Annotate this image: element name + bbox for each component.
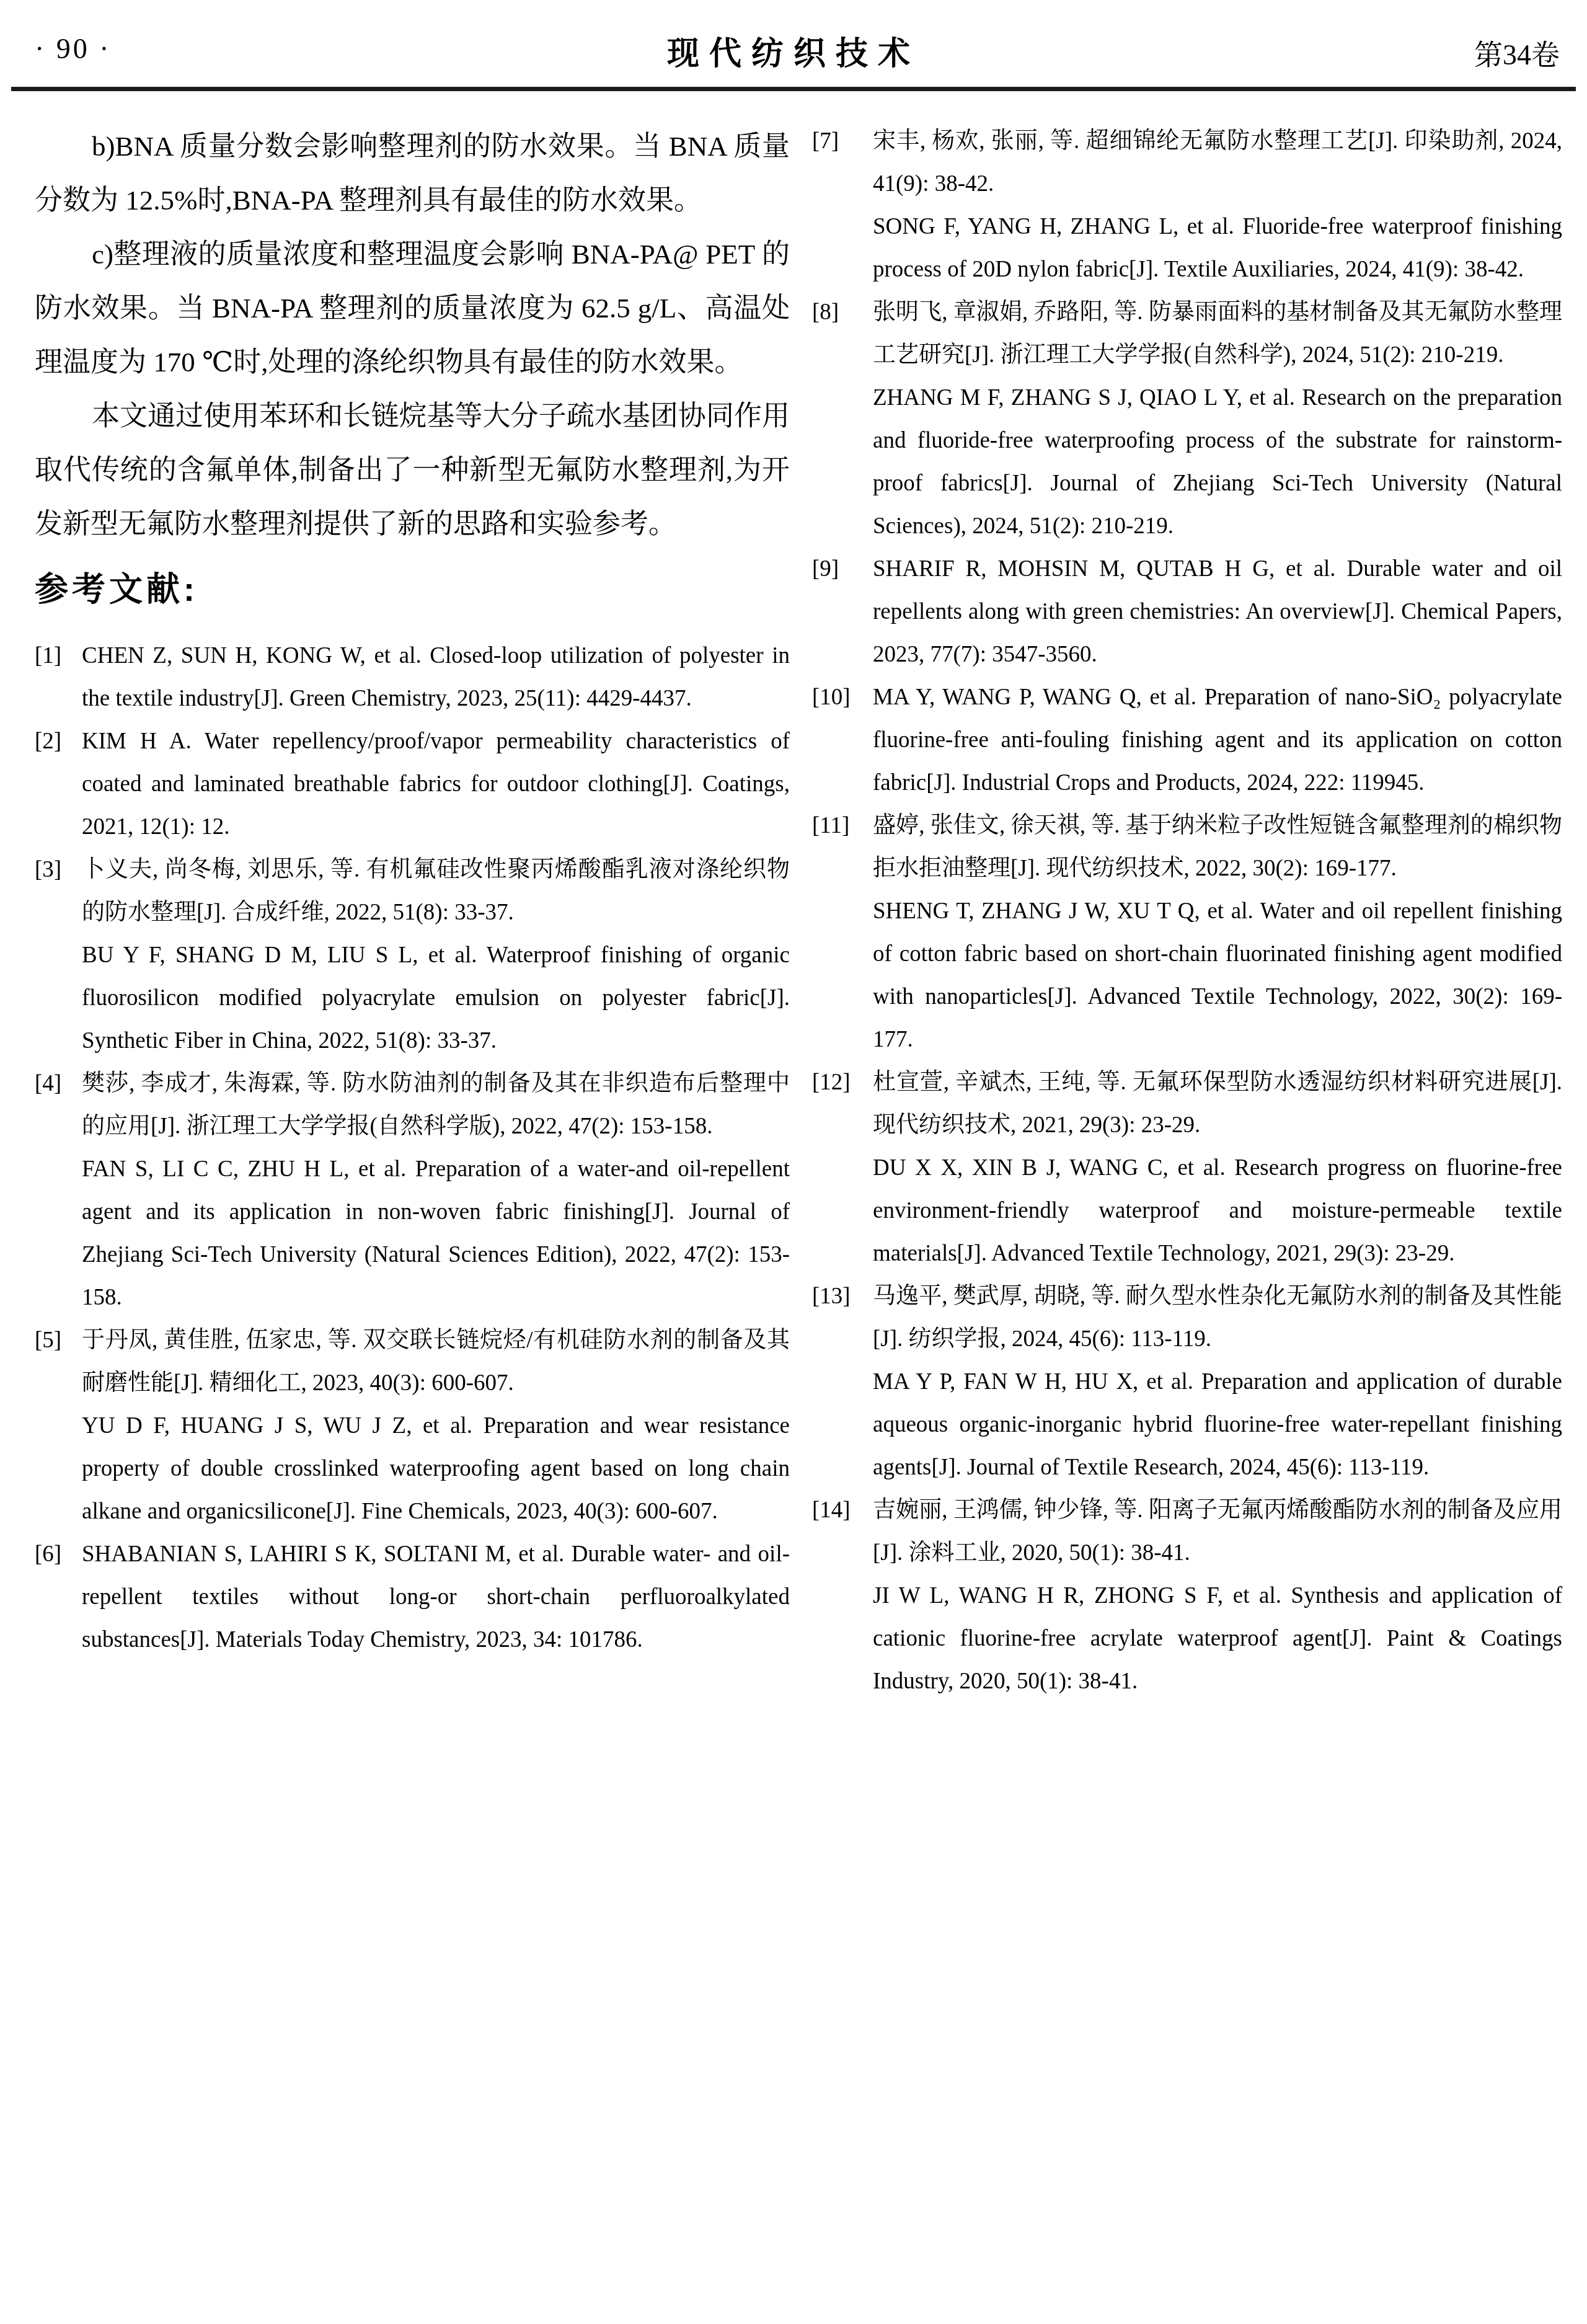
reference-item-4: [4] 樊莎, 李成才, 朱海霖, 等. 防水防油剂的制备及其在非织造布后整理中… [35,1062,790,1319]
reference-number: [11] [812,804,849,847]
reference-text-en: FAN S, LI C C, ZHU H L, et al. Preparati… [82,1148,790,1319]
reference-item-9: [9] SHARIF R, MOHSIN M, QUTAB H G, et al… [812,548,1562,676]
reference-item-5: [5] 于丹凤, 黄佳胜, 伍家忠, 等. 双交联长链烷烃/有机硅防水剂的制备及… [35,1319,790,1533]
conclusion-paragraph-c: c)整理液的质量浓度和整理温度会影响 BNA-PA@ PET 的防水效果。当 B… [35,228,790,389]
reference-item-3: [3] 卜义夫, 尚冬梅, 刘思乐, 等. 有机氟硅改性聚丙烯酸酯乳液对涤纶织物… [35,848,790,1062]
reference-text: SHABANIAN S, LAHIRI S K, SOLTANI M, et a… [82,1533,790,1661]
reference-text: KIM H A. Water repellency/proof/vapor pe… [82,720,790,848]
reference-text-en: SONG F, YANG H, ZHANG L, et al. Fluoride… [873,205,1562,291]
reference-number: [3] [35,848,61,891]
reference-text-en: BU Y F, SHANG D M, LIU S L, et al. Water… [82,934,790,1062]
reference-text-zh: 杜宣萱, 辛斌杰, 王纯, 等. 无氟环保型防水透湿纺织材料研究进展[J]. 现… [873,1061,1562,1146]
reference-item-11: [11] 盛婷, 张佳文, 徐天祺, 等. 基于纳米粒子改性短链含氟整理剂的棉织… [812,804,1562,1061]
reference-text-en: JI W L, WANG H R, ZHONG S F, et al. Synt… [873,1574,1562,1703]
reference-item-14: [14] 吉婉丽, 王鸿儒, 钟少锋, 等. 阳离子无氟丙烯酸酯防水剂的制备及应… [812,1489,1562,1703]
reference-number: [4] [35,1062,61,1105]
references-heading: 参考文献: [35,570,790,610]
left-column: b)BNA 质量分数会影响整理剂的防水效果。当 BNA 质量分数为 12.5%时… [35,120,790,1703]
reference-item-12: [12] 杜宣萱, 辛斌杰, 王纯, 等. 无氟环保型防水透湿纺织材料研究进展[… [812,1061,1562,1275]
summary-paragraph: 本文通过使用苯环和长链烷基等大分子疏水基团协同作用取代传统的含氟单体,制备出了一… [35,389,790,551]
reference-text-zh: 卜义夫, 尚冬梅, 刘思乐, 等. 有机氟硅改性聚丙烯酸酯乳液对涤纶织物的防水整… [82,848,790,934]
reference-text-zh: 于丹凤, 黄佳胜, 伍家忠, 等. 双交联长链烷烃/有机硅防水剂的制备及其耐磨性… [82,1319,790,1404]
reference-number: [10] [812,676,851,719]
reference-number: [5] [35,1319,61,1362]
reference-number: [7] [812,120,839,162]
reference-number: [9] [812,548,839,590]
right-column: [7] 宋丰, 杨欢, 张丽, 等. 超细锦纶无氟防水整理工艺[J]. 印染助剂… [812,120,1562,1703]
reference-item-10: [10] MA Y, WANG P, WANG Q, et al. Prepar… [812,676,1562,804]
reference-number: [12] [812,1061,851,1104]
reference-text-zh: 马逸平, 樊武厚, 胡晓, 等. 耐久型水性杂化无氟防水剂的制备及其性能[J].… [873,1275,1562,1360]
reference-text: CHEN Z, SUN H, KONG W, et al. Closed-loo… [82,634,790,720]
reference-number: [13] [812,1275,851,1318]
reference-number: [1] [35,634,61,677]
header-rule [11,87,1576,91]
journal-page: · 90 · 现代纺织技术 第34卷 b)BNA 质量分数会影响整理剂的防水效果… [0,0,1587,2324]
reference-item-7: [7] 宋丰, 杨欢, 张丽, 等. 超细锦纶无氟防水整理工艺[J]. 印染助剂… [812,120,1562,291]
reference-text-zh: 张明飞, 章淑娟, 乔路阳, 等. 防暴雨面料的基材制备及其无氟防水整理工艺研究… [873,291,1562,376]
reference-text: MA Y, WANG P, WANG Q, et al. Preparation… [873,676,1562,804]
volume-label: 第34卷 [1474,32,1560,73]
journal-title: 现代纺织技术 [0,27,1587,74]
running-head: · 90 · 现代纺织技术 第34卷 [0,0,1587,87]
reference-text: SHARIF R, MOHSIN M, QUTAB H G, et al. Du… [873,548,1562,676]
reference-text-en: YU D F, HUANG J S, WU J Z, et al. Prepar… [82,1404,790,1533]
two-column-body: b)BNA 质量分数会影响整理剂的防水效果。当 BNA 质量分数为 12.5%时… [35,120,1562,1703]
reference-text-zh: 吉婉丽, 王鸿儒, 钟少锋, 等. 阳离子无氟丙烯酸酯防水剂的制备及应用[J].… [873,1489,1562,1574]
reference-text-en: ZHANG M F, ZHANG S J, QIAO L Y, et al. R… [873,376,1562,548]
reference-item-1: [1] CHEN Z, SUN H, KONG W, et al. Closed… [35,634,790,720]
reference-text-zh: 宋丰, 杨欢, 张丽, 等. 超细锦纶无氟防水整理工艺[J]. 印染助剂, 20… [873,120,1562,205]
reference-text-en: SHENG T, ZHANG J W, XU T Q, et al. Water… [873,890,1562,1061]
reference-number: [8] [812,291,839,334]
reference-item-2: [2] KIM H A. Water repellency/proof/vapo… [35,720,790,848]
reference-number: [6] [35,1533,61,1576]
reference-number: [2] [35,720,61,763]
reference-number: [14] [812,1489,851,1532]
reference-text-en: MA Y P, FAN W H, HU X, et al. Preparatio… [873,1360,1562,1489]
reference-text-zh: 樊莎, 李成才, 朱海霖, 等. 防水防油剂的制备及其在非织造布后整理中的应用[… [82,1062,790,1148]
reference-item-13: [13] 马逸平, 樊武厚, 胡晓, 等. 耐久型水性杂化无氟防水剂的制备及其性… [812,1275,1562,1489]
reference-text-en: DU X X, XIN B J, WANG C, et al. Research… [873,1146,1562,1275]
reference-item-8: [8] 张明飞, 章淑娟, 乔路阳, 等. 防暴雨面料的基材制备及其无氟防水整理… [812,291,1562,548]
conclusion-paragraph-b: b)BNA 质量分数会影响整理剂的防水效果。当 BNA 质量分数为 12.5%时… [35,120,790,228]
reference-text-zh: 盛婷, 张佳文, 徐天祺, 等. 基于纳米粒子改性短链含氟整理剂的棉织物拒水拒油… [873,804,1562,890]
reference-item-6: [6] SHABANIAN S, LAHIRI S K, SOLTANI M, … [35,1533,790,1661]
